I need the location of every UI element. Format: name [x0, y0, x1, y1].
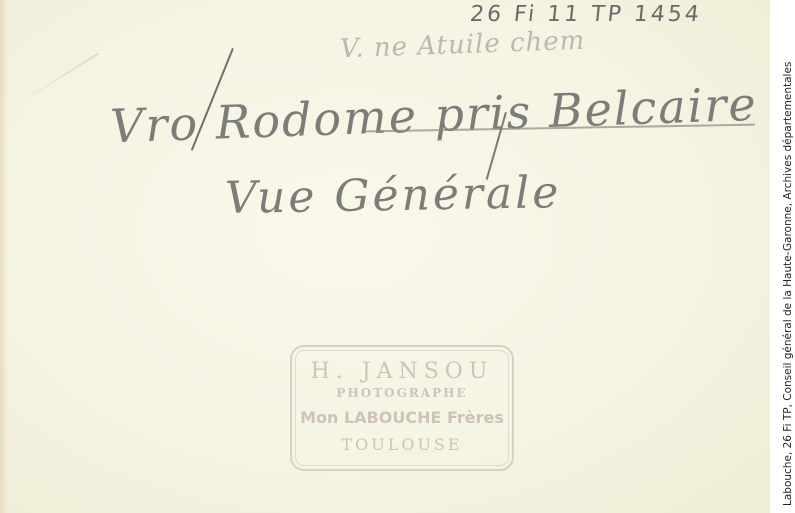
archive-reference-number: 26 Fi 11 TP 1454 — [469, 2, 703, 27]
photo-card-verso: 26 Fi 11 TP 1454 V. ne Atuile chem Vro R… — [0, 0, 770, 513]
handwritten-title-line2: Vue Générale — [225, 167, 562, 224]
credit-strip: Labouche, 26 Fi TP, Conseil général de l… — [770, 0, 795, 513]
faint-pencil-note: V. ne Atuile chem — [340, 26, 586, 65]
stamp-city: TOULOUSE — [292, 435, 512, 454]
stamp-role: PHOTOGRAPHE — [292, 386, 512, 400]
handwritten-title-line1: Vro Rodome pris Belcaire — [109, 77, 758, 154]
stamp-photographer-name: H. JANSOU — [292, 359, 512, 384]
stamp-firm: Mon LABOUCHE Frères — [292, 408, 512, 427]
photographer-stamp: H. JANSOU PHOTOGRAPHE Mon LABOUCHE Frère… — [290, 345, 514, 471]
archive-credit-line: Labouche, 26 Fi TP, Conseil général de l… — [782, 6, 794, 506]
paper-scratch-mark — [13, 53, 99, 108]
